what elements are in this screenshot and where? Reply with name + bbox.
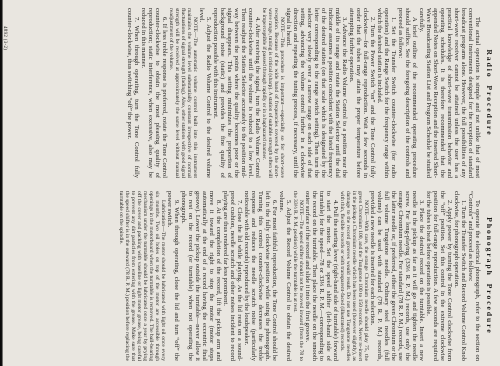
paragraph: 1. Set the Transfer Switch counter-clock… xyxy=(376,8,397,178)
paragraph: 3. Advance the Radio Volume Control to a… xyxy=(285,8,348,178)
scanned-page-viewport: Radio Procedure The actual operation is … xyxy=(0,0,500,366)
note-paragraph: NOTE—The speed shifter should not be mov… xyxy=(292,191,304,361)
phonograph-procedure-text: To operate the electrical phonograph, re… xyxy=(118,191,481,361)
paragraph: 2. Turn the Power Switch “on” and the To… xyxy=(348,8,376,178)
radio-procedure-column: Radio Procedure The actual operation is … xyxy=(10,8,494,178)
phonograph-procedure-title: Phonograph Procedure xyxy=(485,191,494,361)
paragraph: 5. Adjust the Record Volume Control to o… xyxy=(278,191,292,361)
paragraph: To operate the electrical phonograph, re… xyxy=(467,191,481,361)
paragraph: 9. When through operating, close the lid… xyxy=(166,191,180,361)
page-edge-line xyxy=(0,0,3,366)
note-paragraph: NOTE—The automatic volume control built … xyxy=(168,8,198,178)
paragraph: A brief outline of the recommended opera… xyxy=(397,8,418,178)
paragraph: 3. Place the desired record on the turnt… xyxy=(369,191,425,361)
radio-procedure-title: Radio Procedure xyxy=(485,8,494,178)
phonograph-procedure-column: Phonograph Procedure To operate the elec… xyxy=(10,191,494,361)
paragraph: 7. Close the lid while playing. As the l… xyxy=(222,191,243,361)
paragraph: The actual operation is simple and not u… xyxy=(418,8,481,178)
paragraph: 1. Turn the Transfer Switch and Record V… xyxy=(453,191,467,361)
note-paragraph: Lubrication—The motor should be lubricat… xyxy=(118,191,166,361)
note-paragraph: NOTE—With care, the orange Chromium need… xyxy=(339,191,369,361)
paragraph: 7. When through operating, turn the Tone… xyxy=(126,8,140,178)
manual-page: Radio Procedure The actual operation is … xyxy=(0,0,500,366)
paragraph: 4. After receiving the signal, turn the … xyxy=(212,8,261,178)
note-paragraph: NOTE—This procedure is important—especia… xyxy=(261,8,285,178)
page-body: Radio Procedure The actual operation is … xyxy=(0,0,500,366)
paragraph: 4. Pull the starting lever (right-hand s… xyxy=(304,191,339,361)
paragraph: 2. Apply power by turning the Tone Contr… xyxy=(425,191,453,361)
radio-procedure-text: The actual operation is simple and not u… xyxy=(126,8,481,178)
paragraph: 6. If less treble response is preferred,… xyxy=(140,8,168,178)
paragraph: 8. At the completion of the record, lift… xyxy=(180,191,222,361)
paragraph: 6. For most faithful reproduction, the T… xyxy=(243,191,278,361)
paragraph: 5. Adjust the Radio Volume Control to th… xyxy=(198,8,212,178)
